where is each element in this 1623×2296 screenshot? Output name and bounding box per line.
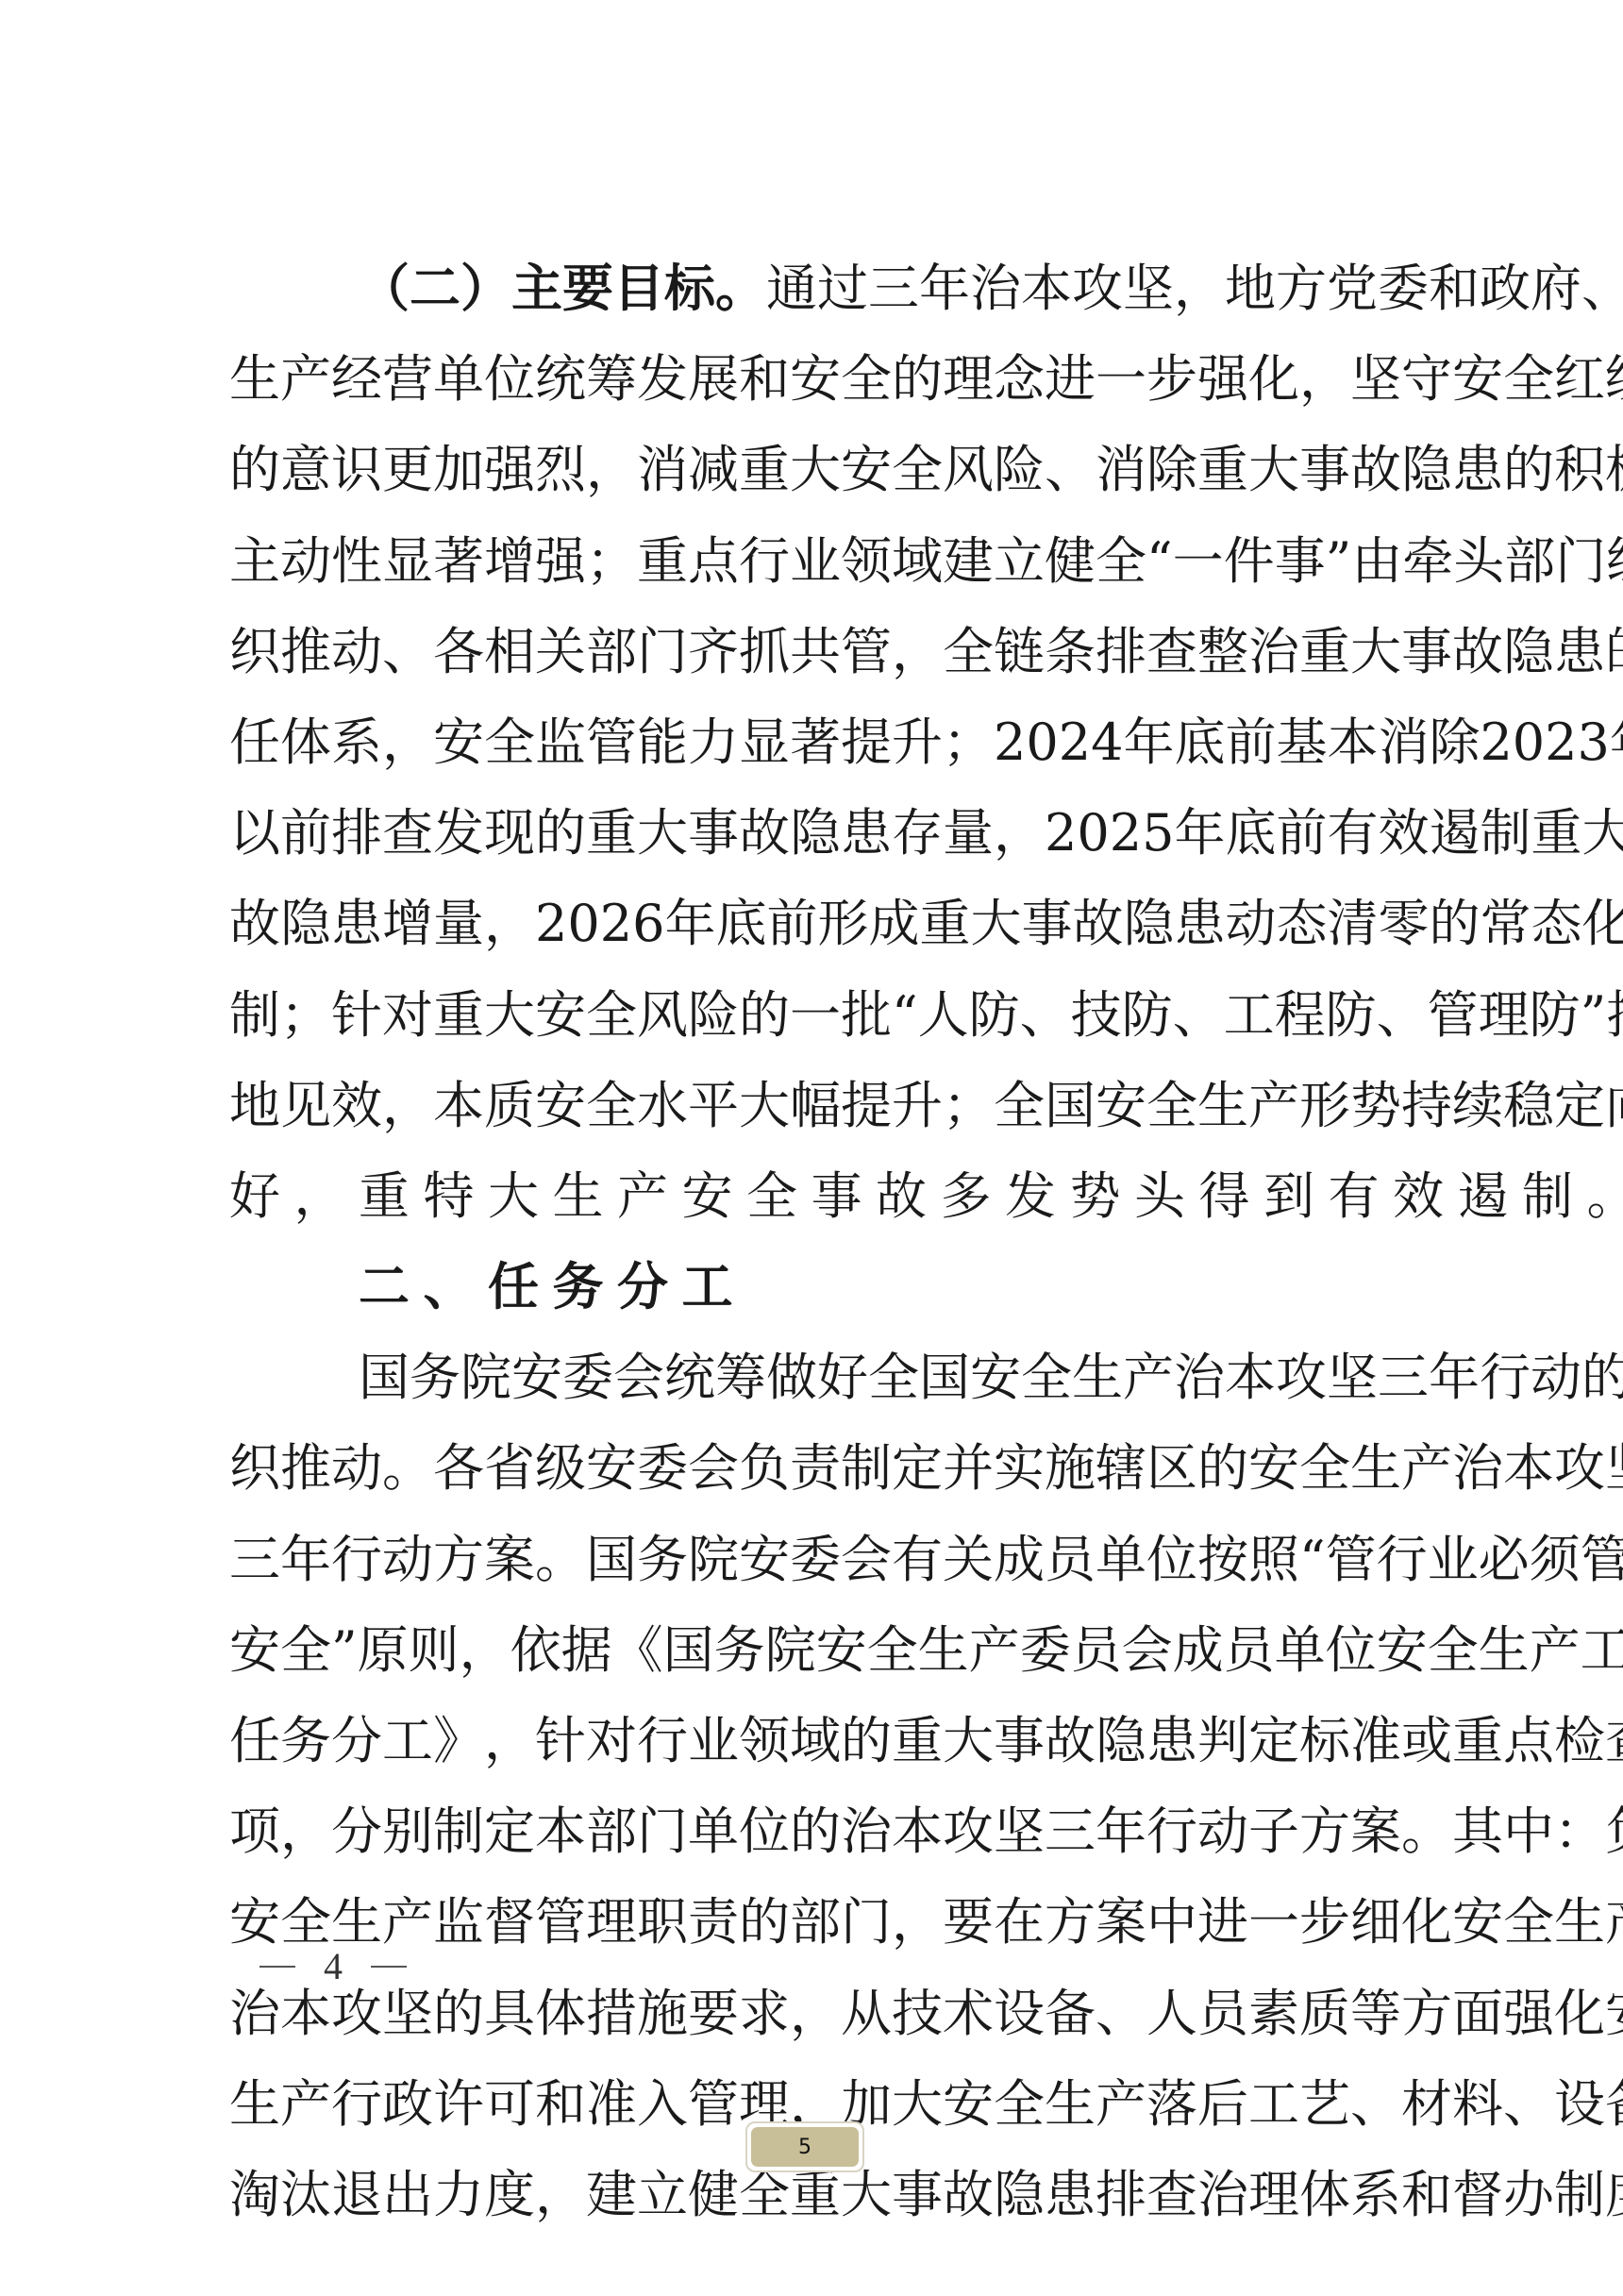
text-line: 制；针对重大安全风险的一批“人防、技防、工程防、管理防”措施落 bbox=[229, 970, 1397, 1061]
text-line: 好，重特大生产安全事故多发势头得到有效遏制。 bbox=[229, 1151, 1397, 1242]
text-line: 项，分别制定本部门单位的治本攻坚三年行动子方案。其中：负有 bbox=[229, 1786, 1397, 1877]
text-line: 生产经营单位统筹发展和安全的理念进一步强化，坚守安全红线 bbox=[229, 334, 1397, 425]
text-line: 三年行动方案。国务院安委会有关成员单位按照“管行业必须管 bbox=[229, 1515, 1397, 1605]
text-line: 任体系，安全监管能力显著提升；2024年底前基本消除2023年及 bbox=[229, 697, 1397, 788]
text-line: 织推动。各省级安委会负责制定并实施辖区的安全生产治本攻坚 bbox=[229, 1423, 1397, 1514]
text-line: 织推动、各相关部门齐抓共管，全链条排查整治重大事故隐患的责 bbox=[229, 607, 1397, 697]
page-indicator-label: 5 bbox=[751, 2127, 859, 2167]
dash-left bbox=[259, 1966, 295, 1968]
text-line: （二）主要目标。通过三年治本攻坚，地方党委和政府、部门和 bbox=[229, 243, 1397, 334]
body-text: （二）主要目标。通过三年治本攻坚，地方党委和政府、部门和生产经营单位统筹发展和安… bbox=[229, 243, 1399, 2240]
document-page: （二）主要目标。通过三年治本攻坚，地方党委和政府、部门和生产经营单位统筹发展和安… bbox=[0, 0, 1623, 2296]
page-number-value: 4 bbox=[324, 1944, 343, 1988]
text-line: 安全”原则，依据《国务院安全生产委员会成员单位安全生产工作 bbox=[229, 1605, 1397, 1696]
dash-right bbox=[371, 1966, 407, 1968]
printed-page-number: 4 bbox=[259, 1944, 407, 1988]
text-line: 主动性显著增强；重点行业领域建立健全“一件事”由牵头部门组 bbox=[229, 516, 1397, 607]
text-line: 国务院安委会统筹做好全国安全生产治本攻坚三年行动的组 bbox=[229, 1332, 1397, 1423]
section-heading: 二、任务分工 bbox=[229, 1242, 1397, 1332]
text-line: 故隐患增量，2026年底前形成重大事故隐患动态清零的常态化机 bbox=[229, 879, 1397, 969]
page-indicator-badge[interactable]: 5 bbox=[745, 2121, 864, 2172]
text-line: 任务分工》，针对行业领域的重大事故隐患判定标准或重点检查事 bbox=[229, 1696, 1397, 1786]
text-line: 地见效，本质安全水平大幅提升；全国安全生产形势持续稳定向 bbox=[229, 1061, 1397, 1151]
text-line: 以前排查发现的重大事故隐患存量，2025年底前有效遏制重大事 bbox=[229, 788, 1397, 879]
text-line: 的意识更加强烈，消减重大安全风险、消除重大事故隐患的积极性 bbox=[229, 425, 1397, 515]
